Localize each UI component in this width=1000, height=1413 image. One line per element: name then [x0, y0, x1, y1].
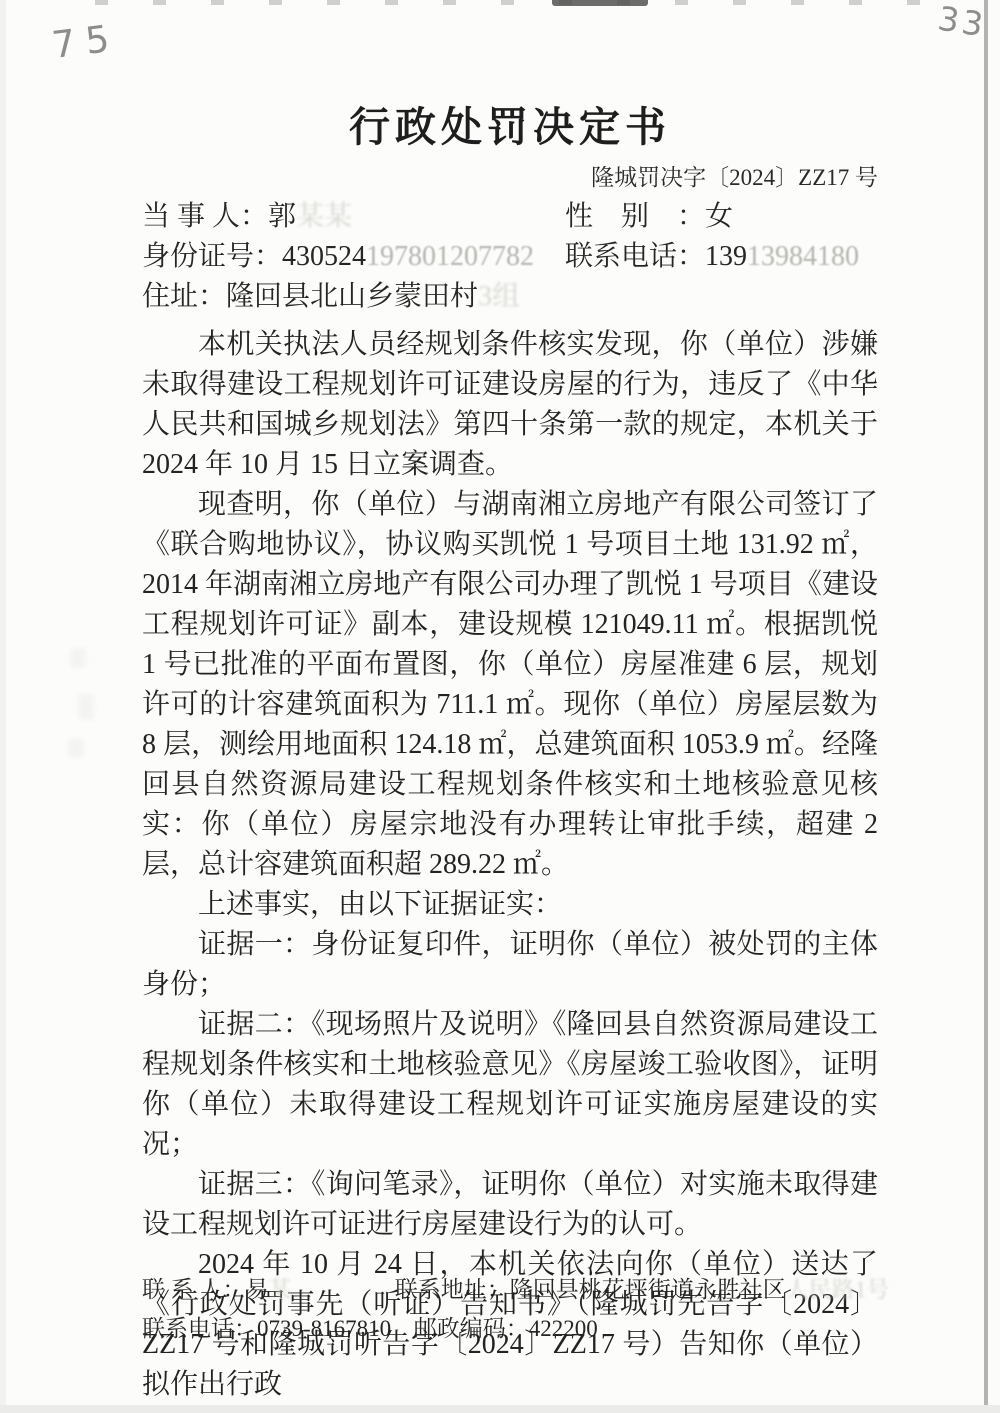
- footer-contact-address: 联系地址：隆回县桃花坪街道永胜社区人民路1号: [395, 1277, 890, 1302]
- party-address-label: 住址：: [142, 281, 226, 312]
- party-address-field: 住址：隆回县北山乡蒙田村3组: [142, 281, 520, 312]
- party-name-redacted: 某某: [296, 201, 352, 232]
- footer-address-redacted: 人民路1号: [786, 1277, 890, 1302]
- scan-artifact-top-edge: [95, 0, 962, 5]
- party-gender-field: 性 别 ：女: [565, 197, 733, 237]
- footer-address-label: 联系地址：: [395, 1277, 510, 1302]
- scan-artifact-left-edge: [0, 0, 6, 1413]
- party-phone-field: 联系电话：13913984180: [565, 237, 859, 277]
- footer-contact-label: 联 系 人：: [142, 1277, 246, 1302]
- footer-phone-value: 0739-8167810: [257, 1316, 391, 1341]
- footer-row-1: 联 系 人：易某 联系地址：隆回县桃花坪街道永胜社区人民路1号: [142, 1270, 902, 1309]
- contact-footer: 联 系 人：易某 联系地址：隆回县桃花坪街道永胜社区人民路1号 联系电话：073…: [142, 1270, 902, 1348]
- scan-artifact-bottom-edge: [0, 1405, 1000, 1413]
- party-gender-value: 女: [705, 201, 733, 232]
- footer-postcode-label: 邮政编码：: [414, 1316, 529, 1341]
- document-content: 行政处罚决定书 隆城罚决字〔2024〕ZZ17 号 当 事 人：郭某某 性 别 …: [142, 94, 878, 1405]
- scan-artifact-top-mark: [552, 0, 648, 6]
- party-address-value: 隆回县北山乡蒙田村: [226, 281, 478, 312]
- handwritten-page-number-left: 75: [50, 16, 122, 67]
- scanned-document-page: 75 33 行政处罚决定书 隆城罚决字〔2024〕ZZ17 号 当 事 人：郭某…: [0, 0, 1000, 1413]
- party-row-address: 住址：隆回县北山乡蒙田村3组: [142, 277, 878, 317]
- footer-contact-person: 联 系 人：易某: [142, 1270, 389, 1309]
- party-gender-label: 性 别 ：: [565, 201, 705, 232]
- footer-contact-redacted: 某: [269, 1277, 292, 1302]
- party-address-redacted: 3组: [478, 281, 520, 312]
- party-row-id-phone: 身份证号：430524197801207782 联系电话：13913984180: [142, 237, 878, 277]
- party-name-label: 当 事 人：: [142, 201, 268, 232]
- party-id-redacted: 197801207782: [366, 241, 534, 272]
- footer-postcode: 邮政编码：422200: [414, 1316, 598, 1341]
- paragraph-evidence-2: 证据二：《现场照片及说明》《隆回县自然资源局建设工程规划条件核实和土地核验意见》…: [142, 1005, 878, 1165]
- party-id-field: 身份证号：430524197801207782: [142, 241, 534, 272]
- footer-contact-value: 易: [246, 1277, 269, 1302]
- party-name-field: 当 事 人：郭某某: [142, 201, 352, 232]
- paragraph-evidence-1: 证据一：身份证复印件，证明你（单位）被处罚的主体身份；: [142, 925, 878, 1005]
- footer-row-2: 联系电话：0739-8167810 邮政编码：422200: [142, 1309, 902, 1348]
- document-number: 隆城罚决字〔2024〕ZZ17 号: [142, 159, 878, 197]
- footer-postcode-value: 422200: [529, 1316, 598, 1341]
- paragraph-case-filing: 本机关执法人员经规划条件核实发现，你（单位）涉嫌未取得建设工程规划许可证建设房屋…: [142, 325, 878, 485]
- scan-artifact-right-edge: [984, 0, 988, 1413]
- footer-phone: 联系电话：0739-8167810: [142, 1309, 408, 1348]
- bleed-through-mark: [70, 648, 86, 668]
- party-phone-label: 联系电话：: [565, 241, 705, 272]
- party-phone-redacted: 13984180: [747, 241, 859, 272]
- handwritten-page-number-right: 33: [935, 0, 989, 45]
- paragraph-evidence-3: 证据三：《询问笔录》，证明你（单位）对实施未取得建设工程规划许可证进行房屋建设行…: [142, 1165, 878, 1245]
- paragraph-findings: 现查明，你（单位）与湖南湘立房地产有限公司签订了《联合购地协议》，协议购买凯悦 …: [142, 485, 878, 885]
- party-phone-value: 139: [705, 241, 747, 272]
- footer-address-value: 隆回县桃花坪街道永胜社区: [510, 1277, 786, 1302]
- footer-phone-label: 联系电话：: [142, 1316, 257, 1341]
- document-body: 本机关执法人员经规划条件核实发现，你（单位）涉嫌未取得建设工程规划许可证建设房屋…: [142, 325, 878, 1405]
- party-row-name-gender: 当 事 人：郭某某 性 别 ：女: [142, 197, 878, 237]
- bleed-through-mark: [68, 738, 84, 758]
- bleed-through-mark: [78, 694, 94, 720]
- party-id-label: 身份证号：: [142, 241, 282, 272]
- party-id-value: 430524: [282, 241, 366, 272]
- paragraph-evidence-intro: 上述事实，由以下证据证实：: [142, 885, 878, 925]
- document-title: 行政处罚决定书: [142, 94, 878, 153]
- party-name-value: 郭: [268, 201, 296, 232]
